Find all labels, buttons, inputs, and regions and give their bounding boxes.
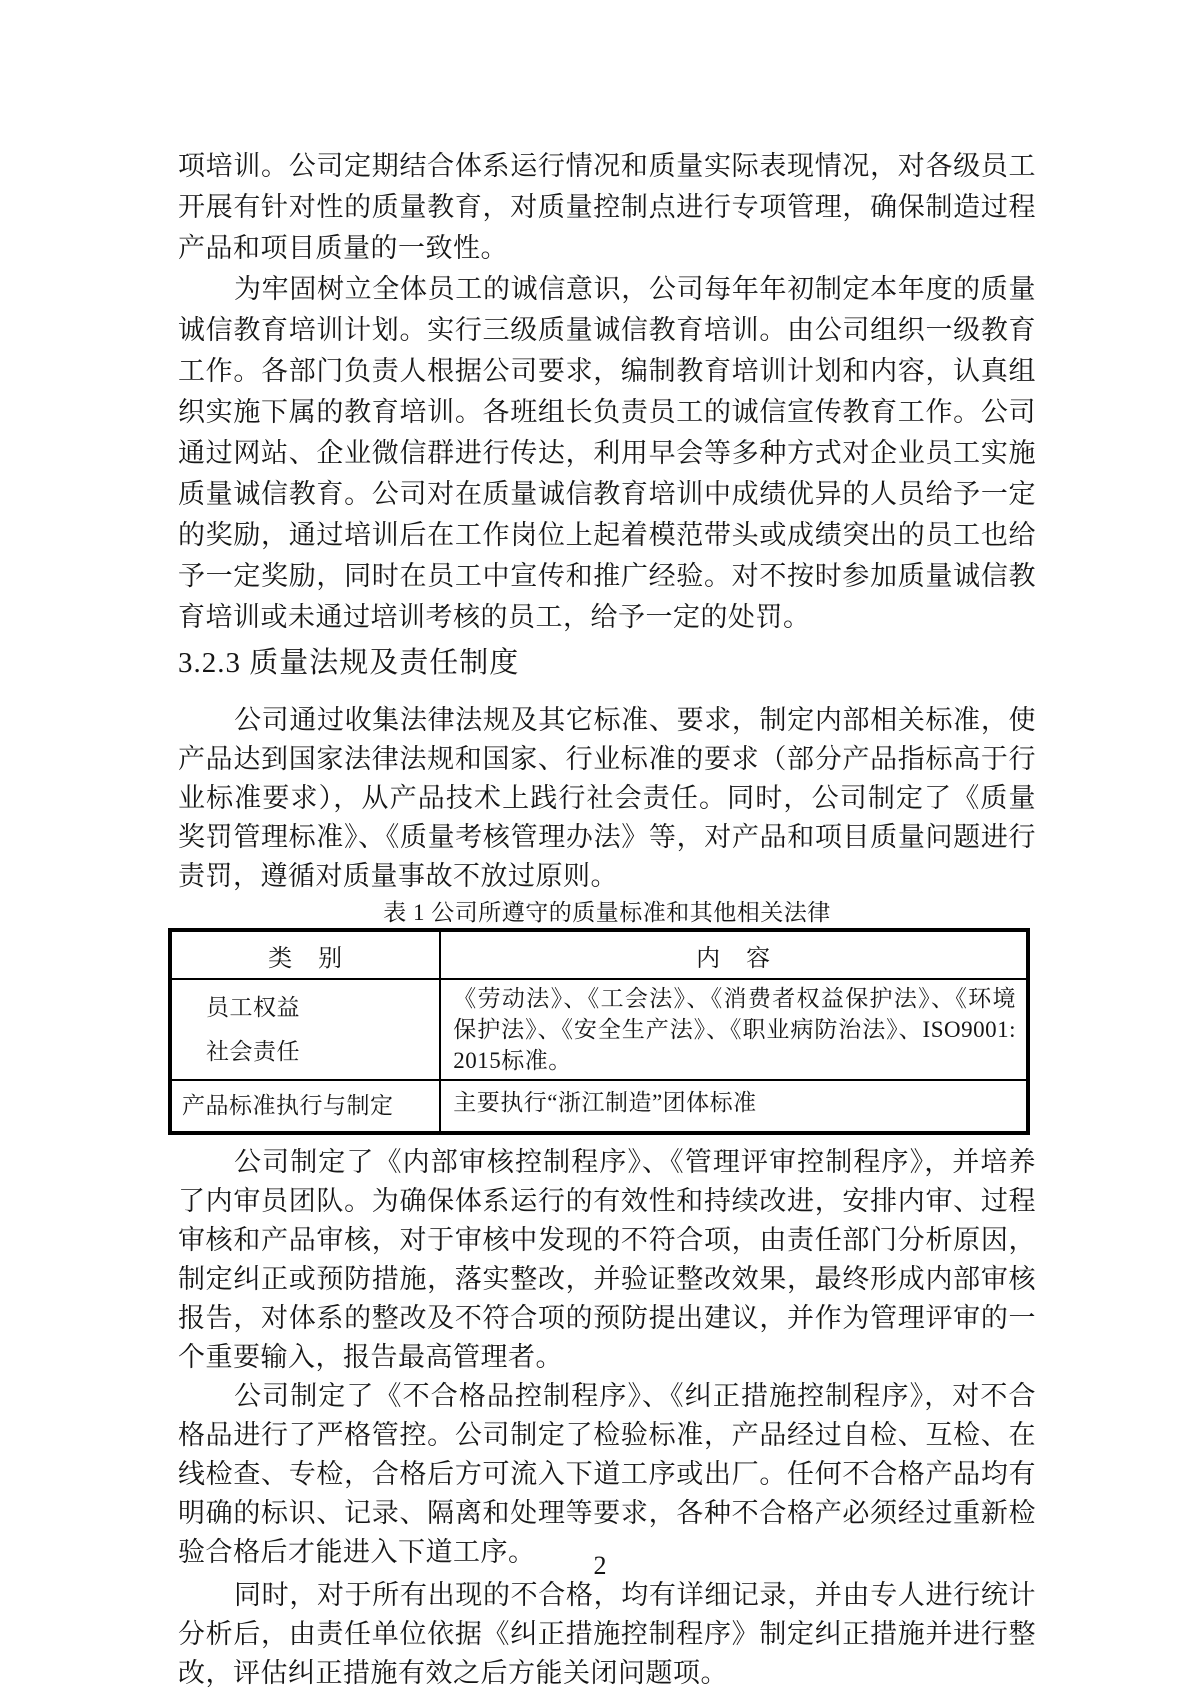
category-line-product-standards: 产品标准执行与制定	[182, 1084, 433, 1128]
paragraph-integrity-training: 为牢固树立全体员工的诚信意识，公司每年年初制定本年度的质量诚信教育培训计划。实行…	[178, 269, 1036, 638]
document-page: 项培训。公司定期结合体系运行情况和质量实际表现情况，对各级员工开展有针对性的质量…	[0, 0, 1200, 1697]
category-cell-rights: 员工权益 社会责任	[170, 979, 440, 1080]
paragraph-continuation: 项培训。公司定期结合体系运行情况和质量实际表现情况，对各级员工开展有针对性的质量…	[178, 146, 1036, 269]
table-header-content: 内 容	[440, 930, 1028, 979]
document-content: 项培训。公司定期结合体系运行情况和质量实际表现情况，对各级员工开展有针对性的质量…	[178, 0, 1036, 1693]
paragraph-nonconforming-control: 公司制定了《不合格品控制程序》、《纠正措施控制程序》，对不合格品进行了严格管控。…	[178, 1377, 1036, 1572]
section-heading-3-2-3: 3.2.3 质量法规及责任制度	[178, 642, 1036, 684]
table-header-row: 类 别 内 容	[170, 930, 1028, 979]
paragraph-corrective-actions: 同时，对于所有出现的不合格，均有详细记录，并由专人进行统计分析后，由责任单位依据…	[178, 1576, 1036, 1693]
standards-table: 类 别 内 容 员工权益 社会责任 《劳动法》、《工会法》、《消费者权益保护法》…	[168, 928, 1030, 1135]
table-header-category: 类 别	[170, 930, 440, 979]
paragraph-internal-audit: 公司制定了《内部审核控制程序》、《管理评审控制程序》，并培养了内审员团队。为确保…	[178, 1143, 1036, 1377]
page-number: 2	[0, 1551, 1200, 1581]
table-caption: 表 1 公司所遵守的质量标准和其他相关法律	[178, 898, 1036, 928]
category-cell-product-standards: 产品标准执行与制定	[170, 1080, 440, 1133]
table-row-product-standards: 产品标准执行与制定 主要执行“浙江制造”团体标准	[170, 1080, 1028, 1133]
category-line-social-responsibility: 社会责任	[182, 1030, 433, 1074]
content-cell-laws: 《劳动法》、《工会法》、《消费者权益保护法》、《环境保护法》、《安全生产法》、《…	[440, 979, 1028, 1080]
table-row-rights: 员工权益 社会责任 《劳动法》、《工会法》、《消费者权益保护法》、《环境保护法》…	[170, 979, 1028, 1080]
content-cell-zhejiang-manufacture: 主要执行“浙江制造”团体标准	[440, 1080, 1028, 1133]
category-line-employee-rights: 员工权益	[182, 986, 433, 1030]
paragraph-legal-standards: 公司通过收集法律法规及其它标准、要求，制定内部相关标准，使产品达到国家法律法规和…	[178, 701, 1036, 896]
